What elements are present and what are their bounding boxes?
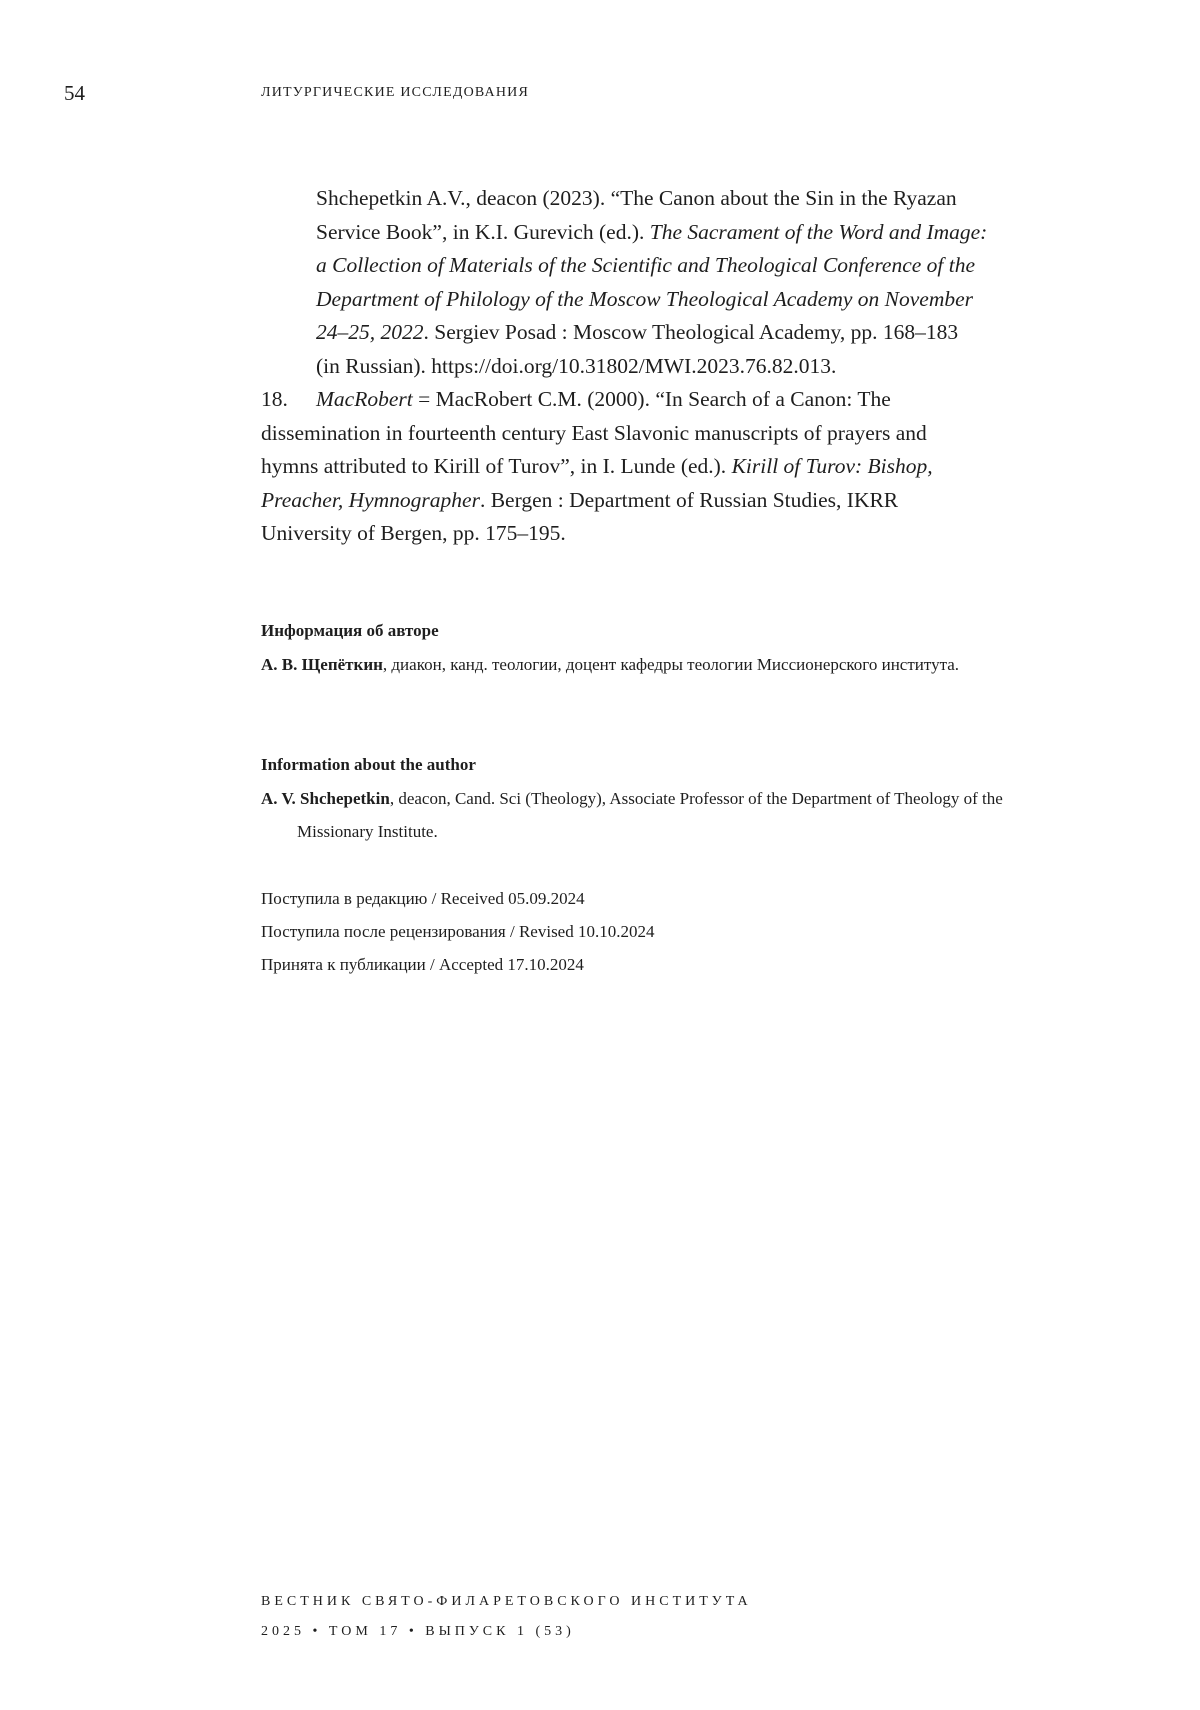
date-received: Поступила в редакцию / Received 05.09.20… <box>261 882 654 915</box>
date-accepted: Принята к публикации / Accepted 17.10.20… <box>261 948 654 981</box>
ref-line: Service Book”, in K.I. Gurevich (ed.). T… <box>316 216 1081 250</box>
reference-18: 18.MacRobert = MacRobert C.M. (2000). “I… <box>261 383 1081 551</box>
author-info-heading-ru: Информация об авторе <box>261 614 1081 648</box>
date-revised: Поступила после рецензирования / Revised… <box>261 915 654 948</box>
running-head: ЛИТУРГИЧЕСКИЕ ИССЛЕДОВАНИЯ <box>261 84 529 102</box>
journal-issue: 2025 • Том 17 • Выпуск 1 (53) <box>261 1617 752 1647</box>
ref-line: 24–25, 2022. Sergiev Posad : Moscow Theo… <box>316 316 1081 350</box>
reference-continued: Shchepetkin A.V., deacon (2023). “The Ca… <box>261 182 1081 383</box>
ref-line: University of Bergen, pp. 175–195. <box>261 517 1081 551</box>
author-entry-en: A. V. Shchepetkin, deacon, Cand. Sci (Th… <box>261 782 1081 849</box>
author-name-en: A. V. Shchepetkin <box>261 789 390 808</box>
reference-number: 18. <box>261 383 316 417</box>
author-info-heading-en: Information about the author <box>261 748 1081 782</box>
author-info-en: Information about the author A. V. Shche… <box>261 748 1081 849</box>
page-number: 54 <box>64 80 85 106</box>
ref-line: 18.MacRobert = MacRobert C.M. (2000). “I… <box>261 383 1081 417</box>
author-name-ru: А. В. Щепёткин <box>261 655 383 674</box>
ref-line: Preacher, Hymnographer. Bergen : Departm… <box>261 484 1081 518</box>
journal-title: Вестник Свято-Филаретовского института <box>261 1587 752 1617</box>
ref-line: dissemination in fourteenth century East… <box>261 417 1081 451</box>
author-entry-ru: А. В. Щепёткин, диакон, канд. теологии, … <box>261 648 1081 682</box>
author-info-ru: Информация об авторе А. В. Щепёткин, диа… <box>261 614 1081 681</box>
ref-line: Shchepetkin A.V., deacon (2023). “The Ca… <box>316 182 1081 216</box>
publication-dates: Поступила в редакцию / Received 05.09.20… <box>261 882 654 981</box>
journal-footer: Вестник Свято-Филаретовского института 2… <box>261 1587 752 1647</box>
references-list: Shchepetkin A.V., deacon (2023). “The Ca… <box>261 182 1081 551</box>
ref-line: hymns attributed to Kirill of Turov”, in… <box>261 450 1081 484</box>
ref-line: a Collection of Materials of the Scienti… <box>316 249 1081 283</box>
ref-line: Department of Philology of the Moscow Th… <box>316 283 1081 317</box>
ref-line-doi[interactable]: (in Russian). https://doi.org/10.31802/M… <box>316 350 1081 384</box>
